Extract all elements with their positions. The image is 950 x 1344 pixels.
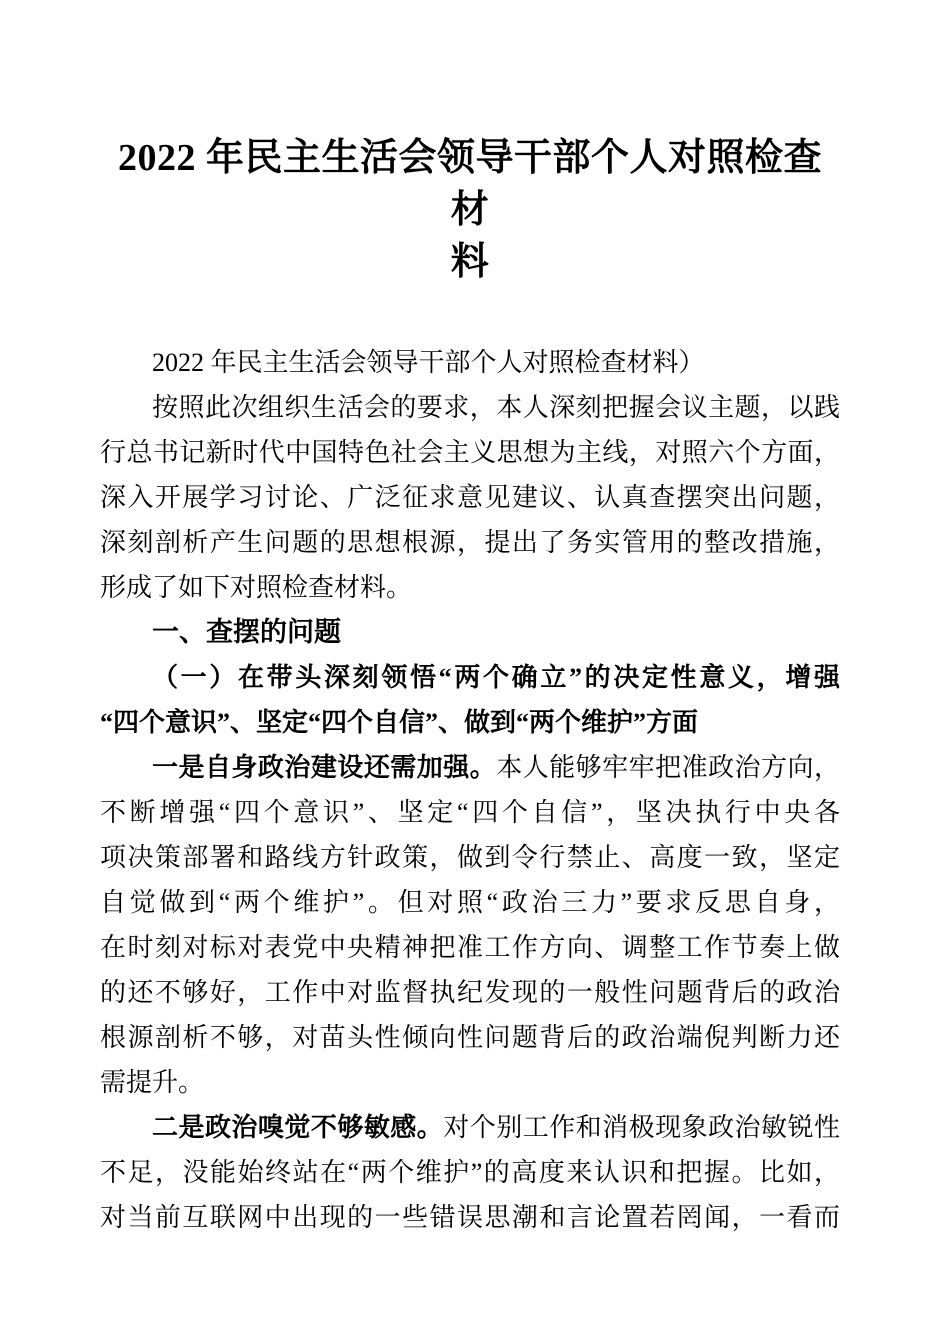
text-line: 二是政治嗅觉不够敏感。对个别工作和消极现象政治敏锐性 [100, 1105, 840, 1150]
title-line: 2022 年民主生活会领导干部个人对照检查材 [100, 132, 840, 236]
text-line: 2022 年民主生活会领导干部个人对照检查材料） [100, 340, 840, 385]
text-line: 形成了如下对照检查材料。 [100, 565, 840, 610]
lead-in-phrase: 二是政治嗅觉不够敏感。 [152, 1113, 443, 1142]
text-line: 按照此次组织生活会的要求，本人深刻把握会议主题，以践 [100, 385, 840, 430]
text-line: 深入开展学习讨论、广泛征求意见建议、认真查摆突出问题， [100, 475, 840, 520]
text-line: 项决策部署和路线方针政策，做到令行禁止、高度一致，坚定 [100, 835, 840, 880]
subsection-heading: （一）在带头深刻领悟“两个确立”的决定性意义，增强 [100, 655, 840, 700]
lead-in-phrase: 一是自身政治建设还需加强。 [152, 753, 496, 782]
text-line: 的还不够好，工作中对监督执纪发现的一般性问题背后的政治 [100, 970, 840, 1015]
text-line: 对当前互联网中出现的一些错误思潮和言论置若罔闻，一看而 [100, 1195, 840, 1240]
subsection-heading: “四个意识”、坚定“四个自信”、做到“两个维护”方面 [100, 700, 840, 745]
text-line: 根源剖析不够，对苗头性倾向性问题背后的政治端倪判断力还 [100, 1015, 840, 1060]
text-line: 行总书记新时代中国特色社会主义思想为主线，对照六个方面， [100, 430, 840, 475]
section-heading: 一、查摆的问题 [100, 610, 840, 655]
text-line: 在时刻对标对表党中央精神把准工作方向、调整工作节奏上做 [100, 925, 840, 970]
text-line: 不断增强“四个意识”、坚定“四个自信”，坚决执行中央各 [100, 790, 840, 835]
document-content: 2022 年民主生活会领导干部个人对照检查材 料 2022 年民主生活会领导干部… [0, 0, 950, 1240]
text-line: 不足，没能始终站在“两个维护”的高度来认识和把握。比如， [100, 1150, 840, 1195]
document-title: 2022 年民主生活会领导干部个人对照检查材 料 [100, 132, 840, 288]
text-line: 深刻剖析产生问题的思想根源，提出了务实管用的整改措施， [100, 520, 840, 565]
title-line: 料 [100, 236, 840, 288]
text-line: 需提升。 [100, 1060, 840, 1105]
text-line: 一是自身政治建设还需加强。本人能够牢牢把准政治方向， [100, 745, 840, 790]
text-line: 自觉做到“两个维护”。但对照“政治三力”要求反思自身， [100, 880, 840, 925]
document-page: 2022 年民主生活会领导干部个人对照检查材 料 2022 年民主生活会领导干部… [0, 0, 950, 1344]
document-body: 2022 年民主生活会领导干部个人对照检查材料）按照此次组织生活会的要求，本人深… [100, 340, 840, 1240]
